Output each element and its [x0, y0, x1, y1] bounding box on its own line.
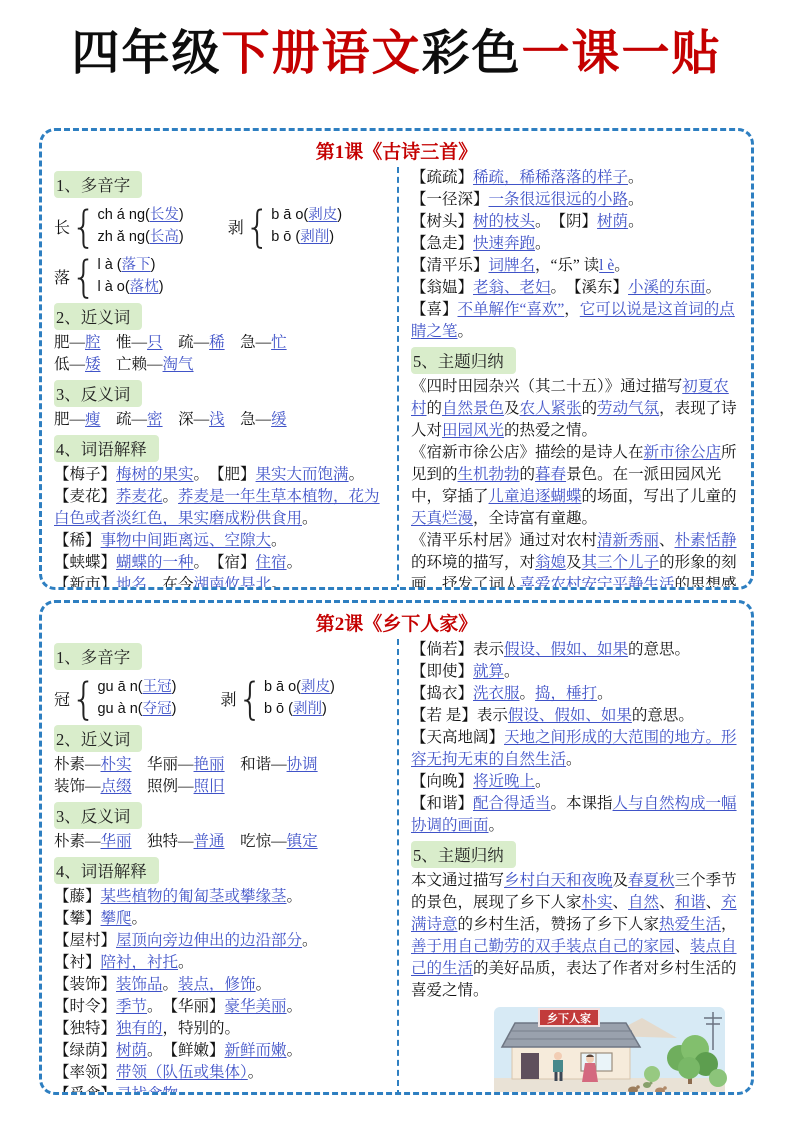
- plain-text: 【独特】: [54, 1020, 116, 1037]
- plain-text: 。 【阴】: [535, 213, 597, 230]
- polyphone-reading: b ā o(剥皮): [271, 205, 342, 226]
- plain-text: 及: [504, 400, 520, 417]
- highlighted-term: 忙: [271, 334, 287, 351]
- pinyin-text: ): [179, 229, 184, 245]
- plain-text: 的热爱之情。: [504, 422, 597, 439]
- highlighted-term: 清新秀丽: [597, 532, 659, 549]
- highlighted-term: 翁媳: [535, 554, 566, 571]
- plain-text: 吃惊—: [225, 833, 287, 850]
- text-line: 【觅食】寻找食物。: [54, 1084, 387, 1095]
- pinyin-text: ): [172, 679, 177, 695]
- highlighted-term: 配合得适当: [473, 795, 551, 812]
- lesson-2-title: 第2课《乡下人家》: [50, 609, 743, 636]
- highlighted-term: 朴素恬静: [675, 532, 737, 549]
- plain-text: 低—: [54, 356, 85, 373]
- lesson-2-left-column: 1、多音字冠{gu ā n(王冠)gu à n(夺冠)剥{b ā o(剥皮)b …: [50, 639, 397, 1095]
- plain-text: 的: [520, 466, 536, 483]
- text-line: 【捣衣】洗衣服。捣，棰打。: [411, 683, 741, 705]
- plain-text: 的: [427, 400, 443, 417]
- plain-text: 【树头】: [411, 213, 473, 230]
- pinyin-text: ): [330, 679, 335, 695]
- highlighted-term: 暮春: [535, 466, 566, 483]
- text-line: 【一径深】一条很远很远的小路。: [411, 189, 741, 211]
- text-line: 【若 是】表示假设、假如、如果的意思。: [411, 705, 741, 727]
- polyphone-reading: b ō (剥削): [271, 227, 342, 248]
- pinyin-text: ): [322, 701, 327, 717]
- text-line: 【装饰】装饰品。装点，修饰。: [54, 974, 387, 996]
- highlighted-term: 其三个儿子: [582, 554, 660, 571]
- highlighted-term: 照旧: [194, 778, 225, 795]
- plain-text: 。: [706, 279, 722, 296]
- plain-text: 【若 是】表示: [411, 707, 508, 724]
- plain-text: 【倘若】表示: [411, 641, 504, 658]
- section-header-label: 5、主题归纳: [411, 841, 516, 868]
- highlighted-term: 假设、假如、如果: [504, 641, 628, 658]
- plain-text: 【梅子】: [54, 466, 116, 483]
- plain-text: 装饰—: [54, 778, 101, 795]
- plain-text: 。: [302, 510, 318, 527]
- plain-text: 的: [582, 400, 598, 417]
- plain-text: 疏—: [101, 411, 148, 428]
- text-line: 【清平乐】词牌名，“乐” 读l è。: [411, 255, 741, 277]
- plain-text: 。: [132, 910, 148, 927]
- highlighted-term: 荞麦花: [116, 488, 163, 505]
- highlighted-term: 和谐: [675, 894, 706, 911]
- plain-text: 和谐—: [225, 756, 287, 773]
- highlighted-term: 季节: [116, 998, 147, 1015]
- polyphone-group: 长{ch á ng(长发)zh ǎ ng(长高): [54, 205, 184, 248]
- plain-text: 的意思。: [628, 641, 690, 658]
- pinyin-text: ): [329, 229, 334, 245]
- plain-text: 。: [614, 257, 630, 274]
- plain-text: 的乡村生活，赞扬了乡下人家: [458, 916, 660, 933]
- plain-text: 。: [271, 532, 287, 549]
- plain-text: 。: [535, 235, 551, 252]
- highlighted-term: 善于用自己勤劳的双手装点自己的家园: [411, 938, 675, 955]
- plain-text: 。 【华丽】: [147, 998, 225, 1015]
- plain-text: 及: [613, 872, 629, 889]
- pinyin-text: b ā o(: [271, 207, 308, 223]
- highlighted-term: 缓: [271, 411, 287, 428]
- text-line: 【时令】季节。 【华丽】豪华美丽。: [54, 996, 387, 1018]
- highlighted-term: 捣，棰打: [535, 685, 597, 702]
- polyphone-char: 长: [54, 215, 70, 238]
- text-line: 朴素—朴实 华丽—艳丽 和谐—协调: [54, 754, 387, 776]
- polyphone-char: 剥: [228, 215, 244, 238]
- section-header-label: 2、近义词: [54, 303, 142, 330]
- highlighted-term: 梅树的果实: [116, 466, 194, 483]
- highlighted-term: 事物中间距离远、空隙大: [101, 532, 272, 549]
- section-header: 5、主题归纳: [411, 841, 741, 868]
- plain-text: 【觅食】: [54, 1086, 116, 1095]
- pinyin-text: ): [159, 279, 164, 295]
- text-line: 《宿新市徐公店》描绘的是诗人在新市徐公店所见到的生机勃勃的暮春景色。在一派田园风…: [411, 442, 741, 530]
- polyphone-group: 剥{b ā o(剥皮)b ō (剥削): [220, 677, 334, 720]
- polyphone-readings: l à (落下)l à o(落枕): [97, 255, 163, 298]
- highlighted-term: 点缀: [101, 778, 132, 795]
- pinyin-text: l à o(: [97, 279, 129, 295]
- plain-text: 华丽—: [132, 756, 194, 773]
- text-line: 【绿荫】树荫。 【鲜嫩】新鲜而嫩。: [54, 1040, 387, 1062]
- highlighted-term: 腔: [85, 334, 101, 351]
- highlighted-term: 淘气: [163, 356, 194, 373]
- highlighted-term: 独有的: [116, 1020, 163, 1037]
- plain-text: 。: [163, 976, 179, 993]
- section-header: 1、多音字: [54, 171, 387, 198]
- plain-text: 【一径深】: [411, 191, 489, 208]
- highlighted-term: 快速奔跑: [473, 235, 535, 252]
- plain-text: 。: [287, 888, 303, 905]
- highlighted-term: 树荫: [116, 1042, 147, 1059]
- text-line: 【树头】树的枝头。 【阴】树荫。: [411, 211, 741, 233]
- plain-text: 肥—: [54, 334, 85, 351]
- plain-text: 【率领】: [54, 1064, 116, 1081]
- plain-text: 。本课指: [551, 795, 613, 812]
- plain-text: 。: [489, 817, 505, 834]
- highlighted-term: 矮: [85, 356, 101, 373]
- plain-text: 。: [287, 998, 303, 1015]
- plain-text: 的意思。: [632, 707, 694, 724]
- plain-text: 【急走】: [411, 235, 473, 252]
- highlighted-term: 果实大而饱满: [256, 466, 349, 483]
- polyphone-readings: gu ā n(王冠)gu à n(夺冠): [97, 677, 176, 720]
- plain-text: 朴素—: [54, 833, 101, 850]
- plain-text: 【翁媪】: [411, 279, 473, 296]
- highlighted-term: 生机勃勃: [458, 466, 520, 483]
- highlighted-term: 田园风光: [442, 422, 504, 439]
- lesson-1-title: 第1课《古诗三首》: [50, 137, 743, 164]
- text-line: 【疏疏】稀疏，稀稀落落的样子。: [411, 167, 741, 189]
- highlighted-term: 将近晚上: [473, 773, 535, 790]
- plain-text: 。: [566, 751, 582, 768]
- polyphone-reading: b ō (剥削): [264, 699, 335, 720]
- lesson-1-left-column: 1、多音字长{ch á ng(长发)zh ǎ ng(长高)剥{b ā o(剥皮)…: [50, 167, 397, 590]
- text-line: 《清平乐村居》通过对农村清新秀丽、朴素恬静的环境的描写，对翁媳及其三个儿子的形象…: [411, 530, 741, 590]
- highlighted-term: 寻找食物: [116, 1086, 178, 1095]
- plain-text: 。: [256, 976, 272, 993]
- plain-text: 。: [349, 466, 365, 483]
- plain-text: 的环境的描写，对: [411, 554, 535, 571]
- text-line: 本文通过描写乡村白天和夜晚及春夏秋三个季节的景色，展现了乡下人家朴实、自然、和谐…: [411, 870, 741, 1002]
- plain-text: 【新市】: [54, 576, 116, 590]
- highlighted-term: 乡村白天和夜晚: [504, 872, 613, 889]
- plain-text: 疏—: [163, 334, 210, 351]
- highlighted-term: 装点，修饰: [178, 976, 256, 993]
- highlighted-term: 剥皮: [308, 207, 337, 223]
- text-line: 【急走】快速奔跑。: [411, 233, 741, 255]
- highlighted-term: 住宿: [256, 554, 287, 571]
- text-line: 低—矮 亡赖—淘气: [54, 354, 387, 376]
- highlighted-term: 浅: [209, 411, 225, 428]
- plain-text: 。: [302, 932, 318, 949]
- study-sheet: { "colors":{"accent_red":"#c40000","link…: [0, 0, 793, 1122]
- plain-text: 【衬】: [54, 954, 101, 971]
- pinyin-text: b ā o(: [264, 679, 301, 695]
- plain-text: 【即使】: [411, 663, 473, 680]
- plain-text: 。 【肥】: [194, 466, 256, 483]
- title-segment: 下册语文: [221, 27, 421, 80]
- polyphone-reading: zh ǎ ng(长高): [97, 227, 183, 248]
- brace-icon: {: [245, 205, 270, 249]
- plain-text: 【捣衣】: [411, 685, 473, 702]
- plain-text: 《宿新市徐公店》描绘的是诗人在: [411, 444, 644, 461]
- plain-text: 。: [248, 1064, 264, 1081]
- plain-text: 朴素—: [54, 756, 101, 773]
- lesson-2-columns: 1、多音字冠{gu ā n(王冠)gu à n(夺冠)剥{b ā o(剥皮)b …: [50, 639, 743, 1095]
- text-line: 【率领】带领（队伍或集体）。: [54, 1062, 387, 1084]
- plain-text: 、: [675, 938, 691, 955]
- pinyin-text: zh ǎ ng(: [97, 229, 149, 245]
- highlighted-term: 艳丽: [194, 756, 225, 773]
- plain-text: 《清平乐村居》通过对农村: [411, 532, 597, 549]
- lesson-2-right-column: 【倘若】表示假设、假如、如果的意思。【即使】就算。【捣衣】洗衣服。捣，棰打。【若…: [397, 639, 743, 1095]
- polyphone-char: 剥: [220, 687, 236, 710]
- plain-text: 急—: [225, 334, 272, 351]
- highlighted-term: 春夏秋: [628, 872, 675, 889]
- plain-text: 惟—: [101, 334, 148, 351]
- highlighted-term: 瘦: [85, 411, 101, 428]
- highlighted-term: 自然景色: [442, 400, 504, 417]
- plain-text: 。: [628, 213, 644, 230]
- plain-text: 亡赖—: [101, 356, 163, 373]
- plain-text: 。: [163, 488, 179, 505]
- text-line: 【藤】某些植物的匍匐茎或攀缘茎。: [54, 886, 387, 908]
- plain-text: 的场面，写出了儿童的: [582, 488, 737, 505]
- section-header-label: 3、反义词: [54, 380, 142, 407]
- highlighted-term: 假设、假如、如果: [508, 707, 632, 724]
- plain-text: 。: [628, 191, 644, 208]
- plain-text: 、: [706, 894, 722, 911]
- lesson-2-card: 第2课《乡下人家》 1、多音字冠{gu ā n(王冠)gu à n(夺冠)剥{b…: [39, 600, 754, 1095]
- highlighted-term: 农人紧张: [520, 400, 582, 417]
- plain-text: 【稀】: [54, 532, 101, 549]
- highlighted-term: 天真烂漫: [411, 510, 473, 527]
- plain-text: ，全诗富有童趣。: [473, 510, 597, 527]
- section-header: 1、多音字: [54, 643, 387, 670]
- plain-text: 。 【鲜嫩】: [147, 1042, 225, 1059]
- polyphone-group: 冠{gu ā n(王冠)gu à n(夺冠): [54, 677, 176, 720]
- plain-text: 独特—: [132, 833, 194, 850]
- polyphone-reading: gu ā n(王冠): [97, 677, 176, 698]
- plain-text: ，特别的。: [163, 1020, 241, 1037]
- highlighted-term: 剥削: [300, 229, 329, 245]
- highlighted-term: 稀: [209, 334, 225, 351]
- text-line: 《四时田园杂兴（其二十五）》通过描写初夏农村的自然景色及农人紧张的劳动气氛，表现…: [411, 376, 741, 442]
- highlighted-term: 屋顶向旁边伸出的边沿部分: [116, 932, 302, 949]
- door: [521, 1053, 539, 1079]
- highlighted-term: 只: [147, 334, 163, 351]
- highlighted-term: 落下: [122, 257, 151, 273]
- text-line: 【攀】攀爬。: [54, 908, 387, 930]
- highlighted-term: 剥皮: [301, 679, 330, 695]
- highlighted-term: l è: [599, 257, 614, 274]
- highlighted-term: 湖南攸县北: [194, 576, 272, 590]
- plain-text: 【喜】: [411, 301, 458, 318]
- lesson-1-card: 第1课《古诗三首》 1、多音字长{ch á ng(长发)zh ǎ ng(长高)剥…: [39, 128, 754, 590]
- text-line: 【独特】独有的，特别的。: [54, 1018, 387, 1040]
- highlighted-term: 豪华美丽: [225, 998, 287, 1015]
- section-header-label: 2、近义词: [54, 725, 142, 752]
- section-header-label: 1、多音字: [54, 171, 142, 198]
- section-header: 3、反义词: [54, 802, 387, 829]
- text-line: 【和谐】配合得适当。本课指人与自然构成一幅协调的画面。: [411, 793, 741, 837]
- highlighted-term: 朴实: [101, 756, 132, 773]
- section-header: 4、词语解释: [54, 435, 387, 462]
- plain-text: 、: [659, 894, 675, 911]
- pinyin-text: l à (: [97, 257, 121, 273]
- plain-text: 。 【溪东】: [551, 279, 629, 296]
- plain-text: 【蛱蝶】: [54, 554, 116, 571]
- section-header: 2、近义词: [54, 303, 387, 330]
- page-title: 四年级下册语文彩色一课一贴: [0, 26, 793, 81]
- plain-text: 。: [520, 685, 536, 702]
- highlighted-term: 儿童追逐蝴蝶: [489, 488, 582, 505]
- highlighted-term: 普通: [194, 833, 225, 850]
- polyphone-char: 落: [54, 265, 70, 288]
- lesson-1-right-column: 【疏疏】稀疏，稀稀落落的样子。【一径深】一条很远很远的小路。【树头】树的枝头。 …: [397, 167, 743, 590]
- plain-text: 。: [287, 1042, 303, 1059]
- roof-sign-text: 乡下人家: [547, 1011, 591, 1025]
- text-line: 【衬】陪衬，衬托。: [54, 952, 387, 974]
- section-header-label: 4、词语解释: [54, 857, 159, 884]
- title-segment: 彩色: [422, 27, 522, 80]
- highlighted-term: 词牌名: [489, 257, 536, 274]
- highlighted-term: 夺冠: [143, 701, 172, 717]
- text-line: 【翁媪】老翁、老妇。 【溪东】小溪的东面。: [411, 277, 741, 299]
- plain-text: 肥—: [54, 411, 85, 428]
- plain-text: 【攀】: [54, 910, 101, 927]
- highlighted-term: 华丽: [101, 833, 132, 850]
- highlighted-term: 稀疏，稀稀落落的样子: [473, 169, 628, 186]
- polyphone-reading: ch á ng(长发): [97, 205, 183, 226]
- highlighted-term: 自然: [628, 894, 659, 911]
- plain-text: 【疏疏】: [411, 169, 473, 186]
- plain-text: 【天高地阔】: [411, 729, 504, 746]
- text-line: 【即使】就算。: [411, 661, 741, 683]
- text-line: 【梅子】梅树的果实。 【肥】果实大而饱满。: [54, 464, 387, 486]
- plain-text: 。: [628, 169, 644, 186]
- highlighted-term: 攀爬: [101, 910, 132, 927]
- plain-text: 【时令】: [54, 998, 116, 1015]
- brace-icon: {: [71, 677, 96, 721]
- highlighted-term: 镇定: [287, 833, 318, 850]
- plain-text: 本文通过描写: [411, 872, 504, 889]
- plain-text: 。: [287, 554, 303, 571]
- plain-text: 。: [504, 663, 520, 680]
- polyphone-readings: b ā o(剥皮)b ō (剥削): [271, 205, 342, 248]
- section-header: 4、词语解释: [54, 857, 387, 884]
- pinyin-text: b ō (: [264, 701, 293, 717]
- lesson-1-columns: 1、多音字长{ch á ng(长发)zh ǎ ng(长高)剥{b ā o(剥皮)…: [50, 167, 743, 590]
- plain-text: 【和谐】: [411, 795, 473, 812]
- section-header: 3、反义词: [54, 380, 387, 407]
- plain-text: 【屋村】: [54, 932, 116, 949]
- highlighted-term: 喜爱农村安宁平静生活: [520, 576, 675, 590]
- polyphone-row: 冠{gu ā n(王冠)gu à n(夺冠)剥{b ā o(剥皮)b ō (剥削…: [54, 677, 387, 720]
- plain-text: 【藤】: [54, 888, 101, 905]
- polyphone-reading: l à (落下): [97, 255, 163, 276]
- highlighted-term: 某些植物的匍匐茎或攀缘茎: [101, 888, 287, 905]
- highlighted-term: 劳动气氛: [597, 400, 659, 417]
- highlighted-term: 密: [147, 411, 163, 428]
- highlighted-term: 小溪的东面: [628, 279, 706, 296]
- countryside-illustration: 乡下人家: [492, 1006, 727, 1095]
- polyphone-reading: b ā o(剥皮): [264, 677, 335, 698]
- highlighted-term: 新鲜而嫩: [225, 1042, 287, 1059]
- highlighted-term: 不单解作“喜欢”: [458, 301, 565, 318]
- pinyin-text: b ō (: [271, 229, 300, 245]
- section-header-label: 3、反义词: [54, 802, 142, 829]
- section-header-label: 1、多音字: [54, 643, 142, 670]
- highlighted-term: 地名: [116, 576, 147, 590]
- plain-text: 、: [613, 894, 629, 911]
- section-header-label: 5、主题归纳: [411, 347, 516, 374]
- plain-text: 。: [597, 685, 613, 702]
- text-line: 【天高地阔】天地之间形成的大范围的地方。形容无拘无束的自然生活。: [411, 727, 741, 771]
- polyphone-reading: gu à n(夺冠): [97, 699, 176, 720]
- pinyin-text: ): [151, 257, 156, 273]
- plain-text: 。: [178, 954, 194, 971]
- highlighted-term: 蝴蝶的一种: [116, 554, 194, 571]
- text-line: 【喜】不单解作“喜欢”，它可以说是这首词的点睛之笔。: [411, 299, 741, 343]
- polyphone-readings: ch á ng(长发)zh ǎ ng(长高): [97, 205, 183, 248]
- polyphone-char: 冠: [54, 687, 70, 710]
- brace-icon: {: [71, 255, 96, 299]
- text-line: 装饰—点缀 照例—照旧: [54, 776, 387, 798]
- highlighted-term: 朴实: [582, 894, 613, 911]
- plain-text: 【绿荫】: [54, 1042, 116, 1059]
- polyphone-reading: l à o(落枕): [97, 277, 163, 298]
- highlighted-term: 协调: [287, 756, 318, 773]
- text-line: 【蛱蝶】蝴蝶的一种。 【宿】住宿。: [54, 552, 387, 574]
- plain-text: 。: [458, 323, 474, 340]
- text-line: 【屋村】屋顶向旁边伸出的边沿部分。: [54, 930, 387, 952]
- polyphone-readings: b ā o(剥皮)b ō (剥削): [264, 677, 335, 720]
- plain-text: 【麦花】: [54, 488, 116, 505]
- pinyin-text: gu à n(: [97, 701, 142, 717]
- plain-text: 。: [178, 1086, 194, 1095]
- polyphone-group: 落{l à (落下)l à o(落枕): [54, 255, 164, 298]
- plain-text: 及: [566, 554, 582, 571]
- plain-text: ，“乐” 读: [535, 257, 599, 274]
- text-line: 【稀】事物中间距离远、空隙大。: [54, 530, 387, 552]
- plain-text: 《四时田园杂兴（其二十五）》通过描写: [411, 378, 682, 395]
- plain-text: 【装饰】: [54, 976, 116, 993]
- text-line: 朴素—华丽 独特—普通 吃惊—镇定: [54, 831, 387, 853]
- text-line: 【麦花】荞麦花。荞麦是一年生草本植物，花为白色或者淡红色，果实磨成粉供食用。: [54, 486, 387, 530]
- section-header: 5、主题归纳: [411, 347, 741, 374]
- highlighted-term: 王冠: [143, 679, 172, 695]
- highlighted-term: 洗衣服: [473, 685, 520, 702]
- text-line: 【倘若】表示假设、假如、如果的意思。: [411, 639, 741, 661]
- plain-text: 。 【宿】: [194, 554, 256, 571]
- highlighted-term: 树荫: [597, 213, 628, 230]
- highlighted-term: 老翁、老妇: [473, 279, 551, 296]
- pinyin-text: ): [179, 207, 184, 223]
- highlighted-term: 装饰品: [116, 976, 163, 993]
- text-line: 【向晚】将近晚上。: [411, 771, 741, 793]
- plain-text: 【向晚】: [411, 773, 473, 790]
- plain-text: 。: [535, 773, 551, 790]
- highlighted-term: 新市徐公店: [644, 444, 722, 461]
- plain-text: 【清平乐】: [411, 257, 489, 274]
- section-header-label: 4、词语解释: [54, 435, 159, 462]
- highlighted-term: 剥削: [293, 701, 322, 717]
- highlighted-term: 热爱生活: [659, 916, 721, 933]
- title-segment: 四年级: [71, 27, 221, 80]
- plain-text: 。: [271, 576, 287, 590]
- plain-text: ，: [721, 916, 737, 933]
